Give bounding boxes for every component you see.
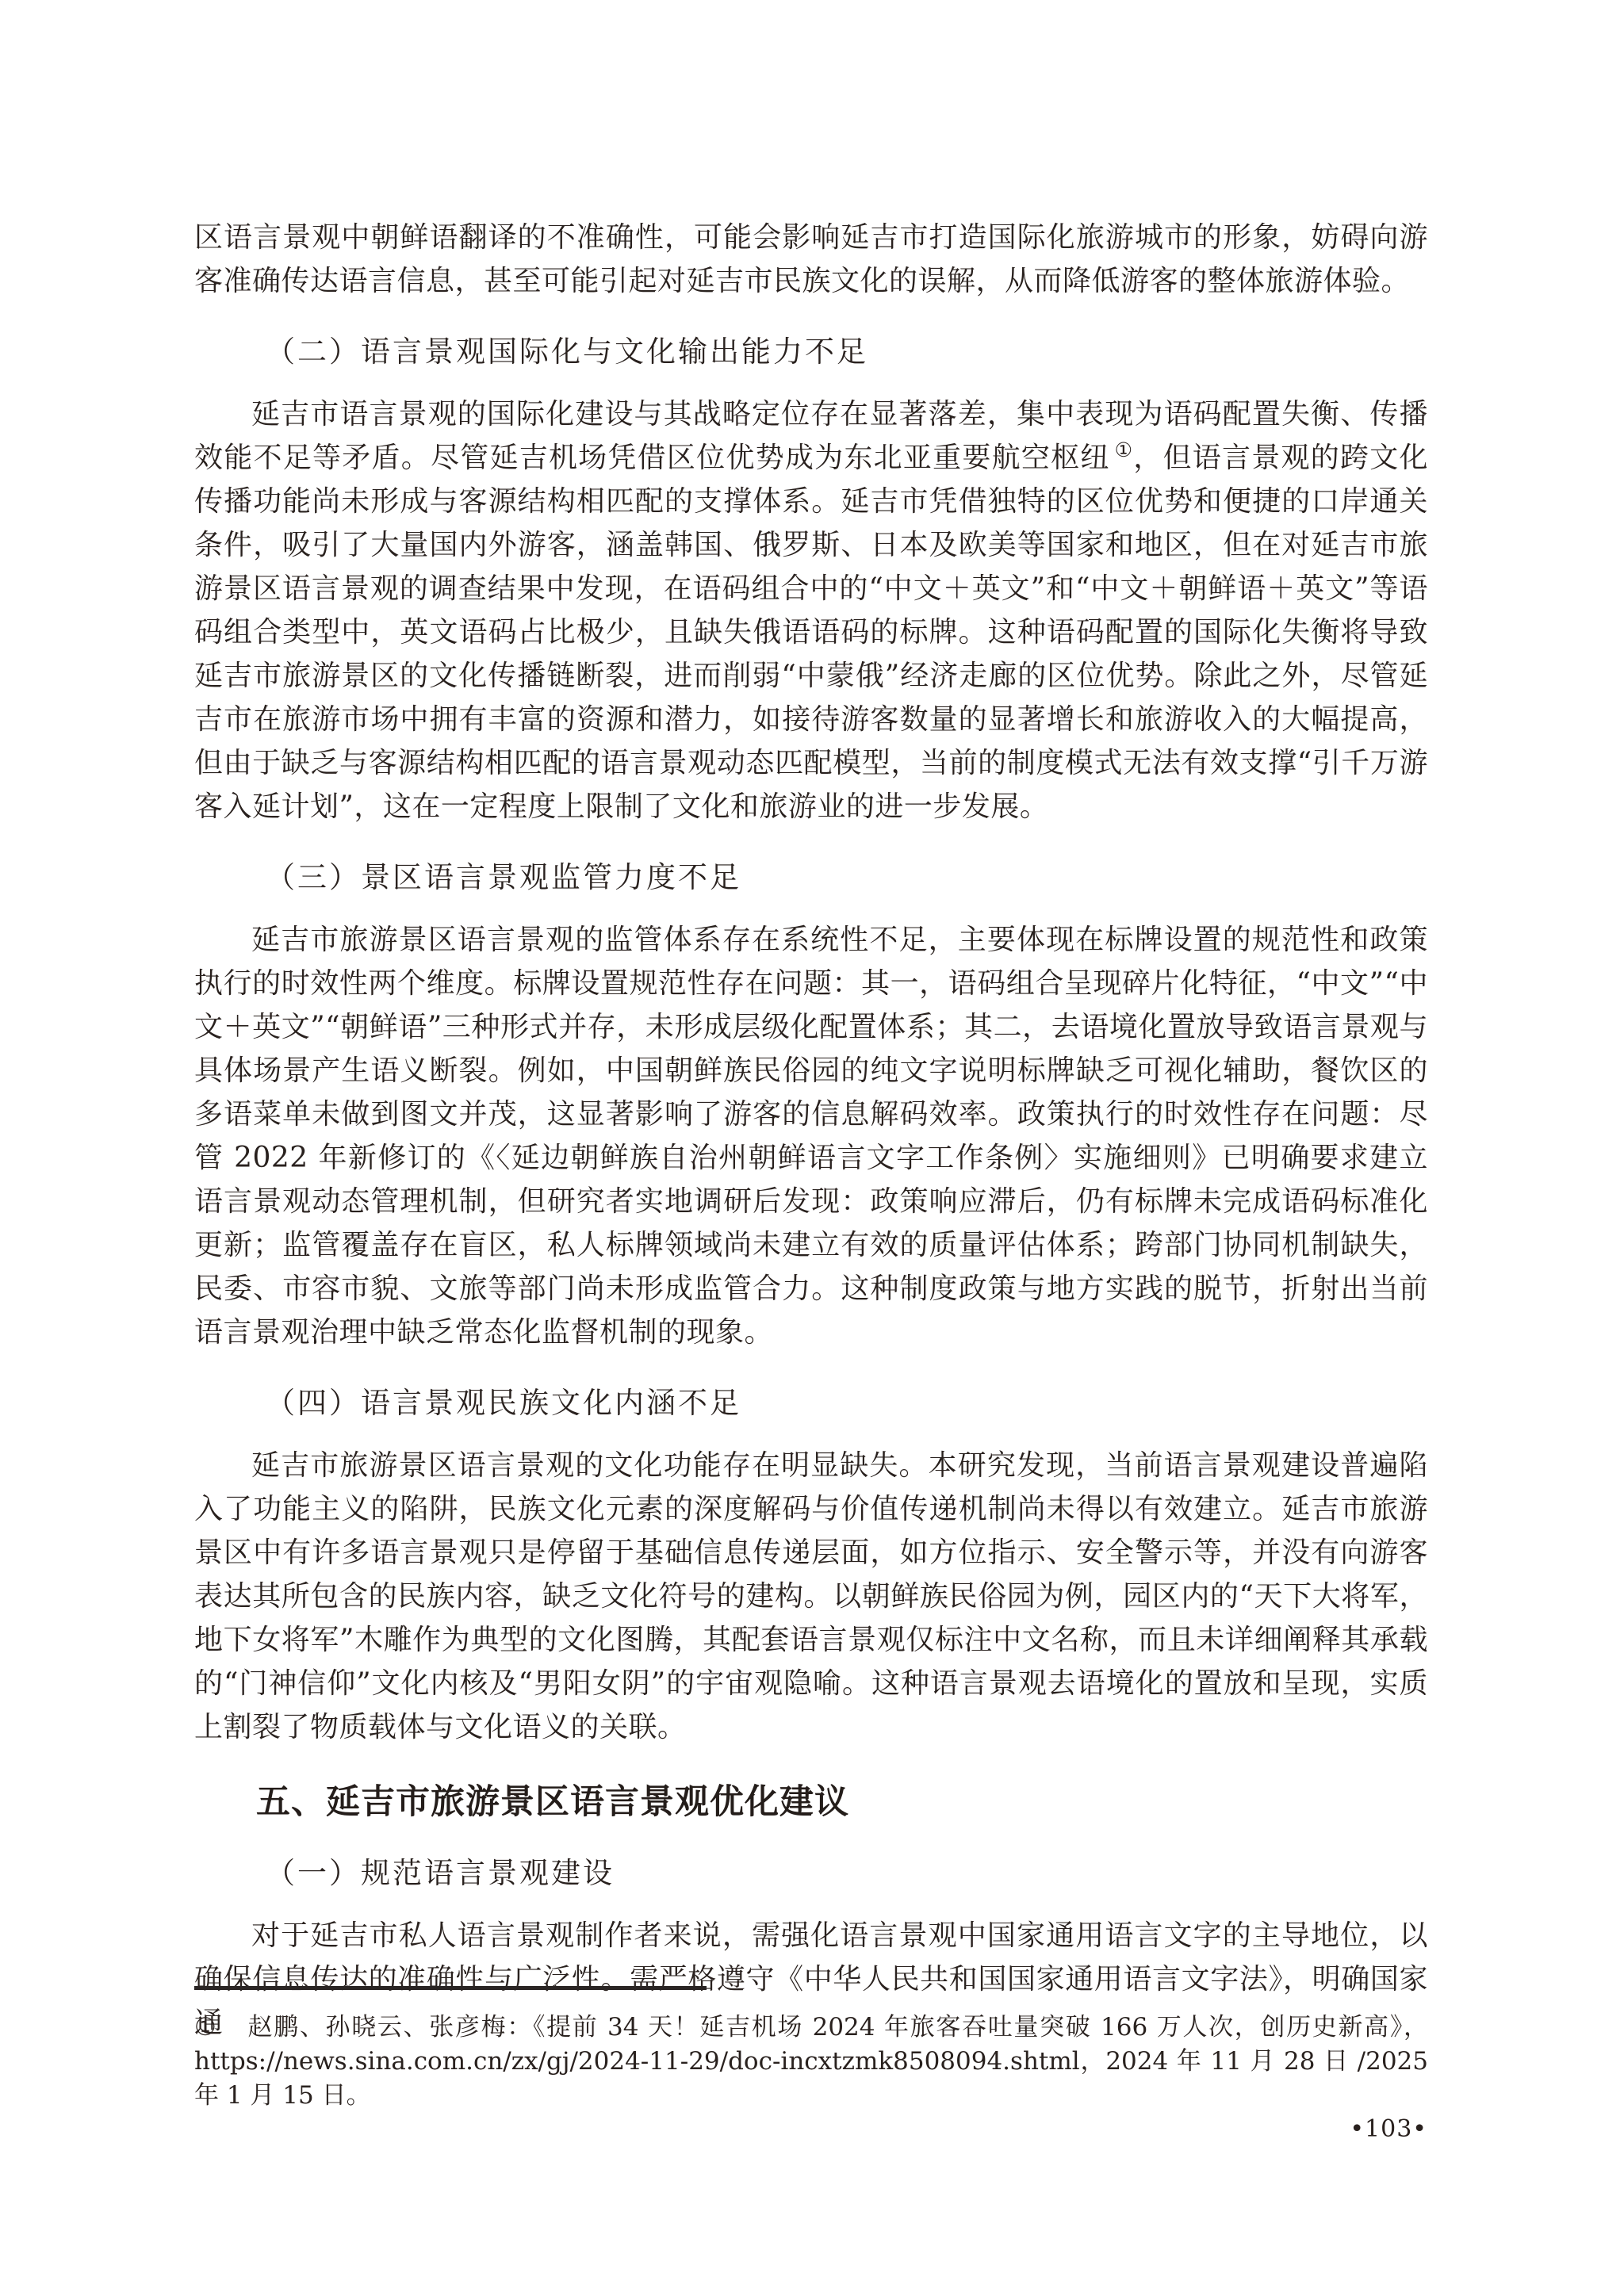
footnote-reference-mark: ① xyxy=(1115,438,1134,461)
footnote: ①赵鹏、孙晓云、张彦梅：《提前 34 天！延吉机场 2024 年旅客吞吐量突破 … xyxy=(194,2011,1428,2113)
section-2-text-after-note: ，但语言景观的跨文化传播功能尚未形成与客源结构相匹配的支撑体系。延吉市凭借独特的… xyxy=(194,442,1428,823)
document-page: 区语言景观中朝鲜语翻译的不准确性，可能会影响延吉市打造国际化旅游城市的形象，妨碍… xyxy=(0,0,1624,2296)
chapter-heading: 五、延吉市旅游景区语言景观优化建议 xyxy=(194,1781,1428,1824)
footnote-marker: ① xyxy=(194,2013,217,2042)
footnote-area: ①赵鹏、孙晓云、张彦梅：《提前 34 天！延吉机场 2024 年旅客吞吐量突破 … xyxy=(194,1986,1428,2113)
section-4-paragraph: 延吉市旅游景区语言景观的文化功能存在明显缺失。本研究发现，当前语言景观建设普遍陷… xyxy=(194,1444,1428,1749)
continued-paragraph: 区语言景观中朝鲜语翻译的不准确性，可能会影响延吉市打造国际化旅游城市的形象，妨碍… xyxy=(194,216,1428,303)
section-2-paragraph: 延吉市语言景观的国际化建设与其战略定位存在显著落差，集中表现为语码配置失衡、传播… xyxy=(194,392,1428,828)
subsection-heading-1: （一）规范语言景观建设 xyxy=(194,1851,1428,1895)
footnote-text: 赵鹏、孙晓云、张彦梅：《提前 34 天！延吉机场 2024 年旅客吞吐量突破 1… xyxy=(194,2013,1428,2110)
section-heading-3: （三）景区语言景观监管力度不足 xyxy=(194,855,1428,899)
page-number: •103• xyxy=(1350,2115,1427,2143)
section-heading-2: （二）语言景观国际化与文化输出能力不足 xyxy=(194,330,1428,373)
section-heading-4: （四）语言景观民族文化内涵不足 xyxy=(194,1381,1428,1425)
page-body: 区语言景观中朝鲜语翻译的不准确性，可能会影响延吉市打造国际化旅游城市的形象，妨碍… xyxy=(194,216,1428,2045)
section-3-paragraph: 延吉市旅游景区语言景观的监管体系存在系统性不足，主要体现在标牌设置的规范性和政策… xyxy=(194,918,1428,1354)
footnote-separator-rule xyxy=(194,1986,707,1990)
